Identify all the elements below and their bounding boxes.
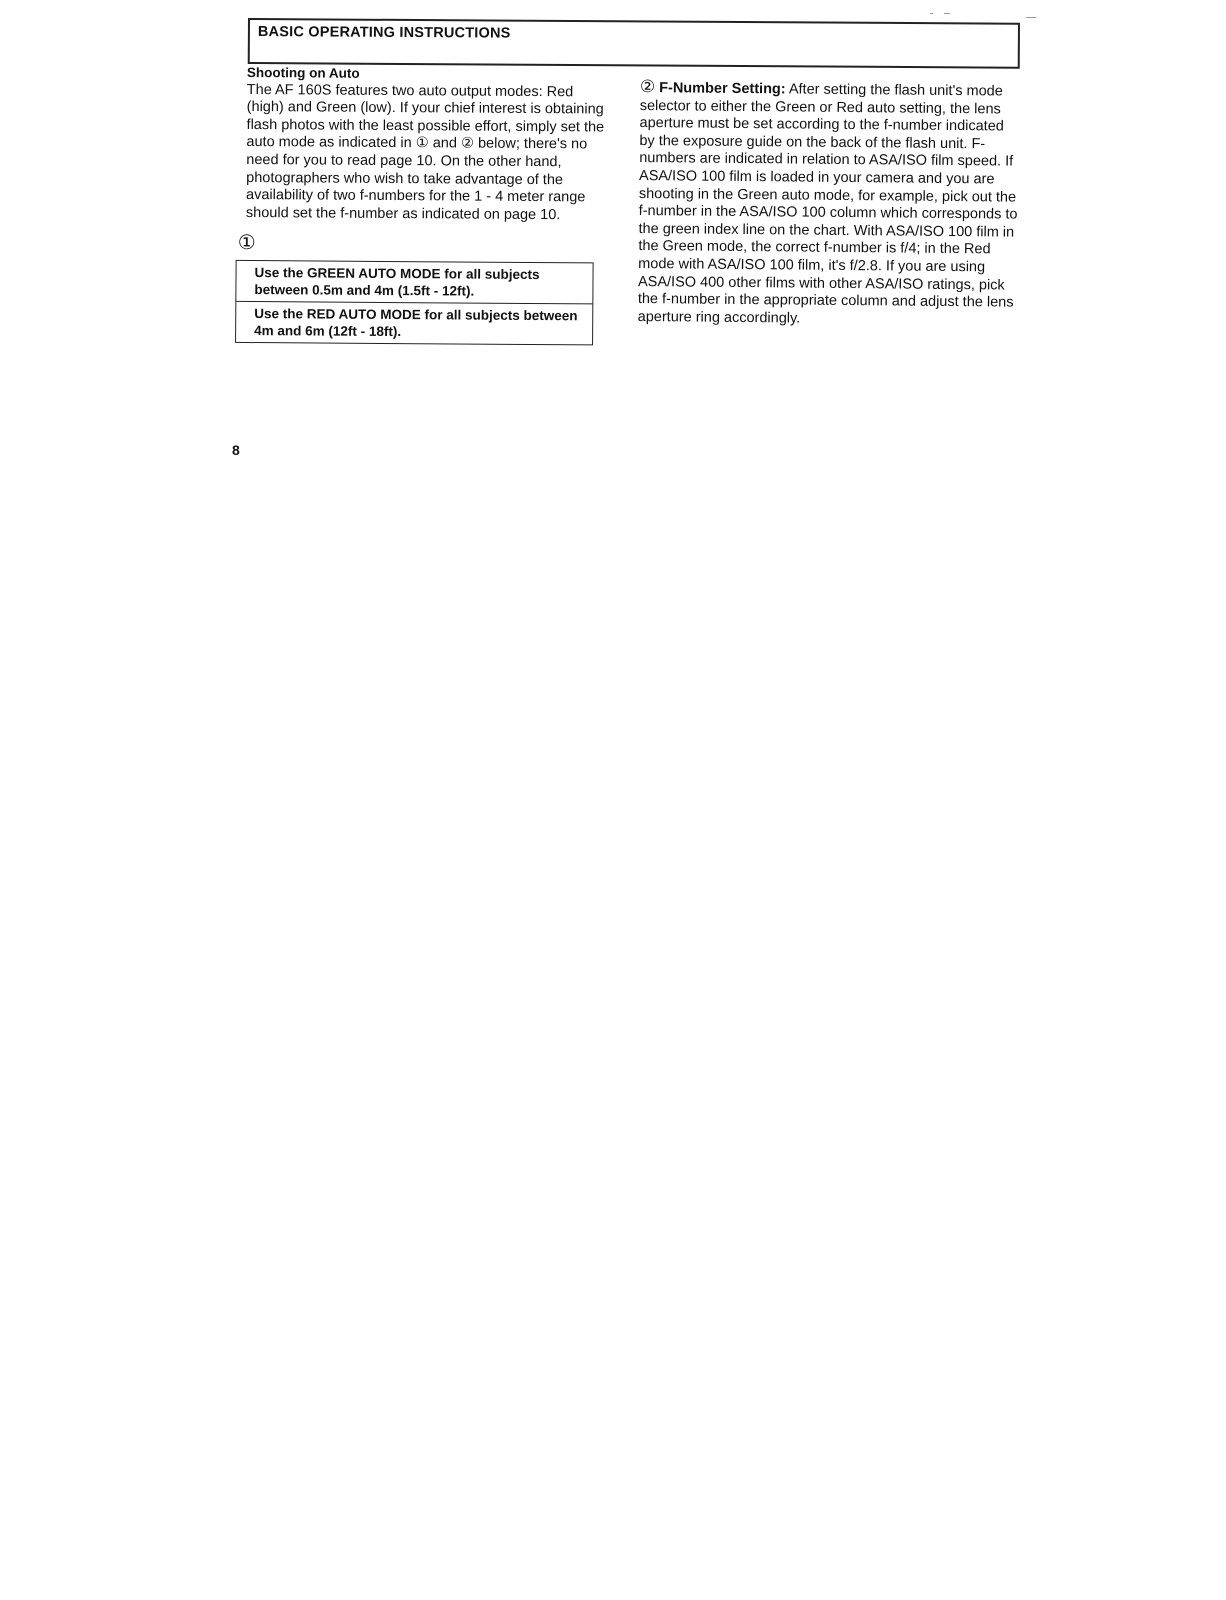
left-body-text: The AF 160S features two auto output mod… bbox=[246, 82, 607, 225]
left-column: Shooting on Auto The AF 160S features tw… bbox=[245, 64, 607, 346]
right-column: ② F-Number Setting: After setting the fl… bbox=[638, 78, 1020, 330]
circled-one-marker: ① bbox=[238, 232, 606, 257]
fnumber-lead: F-Number Setting: bbox=[659, 80, 786, 97]
section-header-box: BASIC OPERATING INSTRUCTIONS bbox=[248, 18, 1020, 69]
section-title: BASIC OPERATING INSTRUCTIONS bbox=[258, 24, 511, 42]
fnumber-paragraph: ② F-Number Setting: After setting the fl… bbox=[638, 78, 1020, 330]
subheading-shooting-on-auto: Shooting on Auto bbox=[247, 64, 607, 84]
red-mode-row: Use the RED AUTO MODE for all subjects b… bbox=[236, 301, 592, 344]
green-mode-row: Use the GREEN AUTO MODE for all subjects… bbox=[236, 261, 592, 303]
scan-specks bbox=[930, 13, 960, 15]
auto-mode-table: Use the GREEN AUTO MODE for all subjects… bbox=[235, 260, 594, 345]
page-number: 8 bbox=[232, 442, 240, 458]
circled-two-marker: ② bbox=[640, 77, 655, 96]
fnumber-body: After setting the flash unit's mode sele… bbox=[638, 81, 1018, 326]
